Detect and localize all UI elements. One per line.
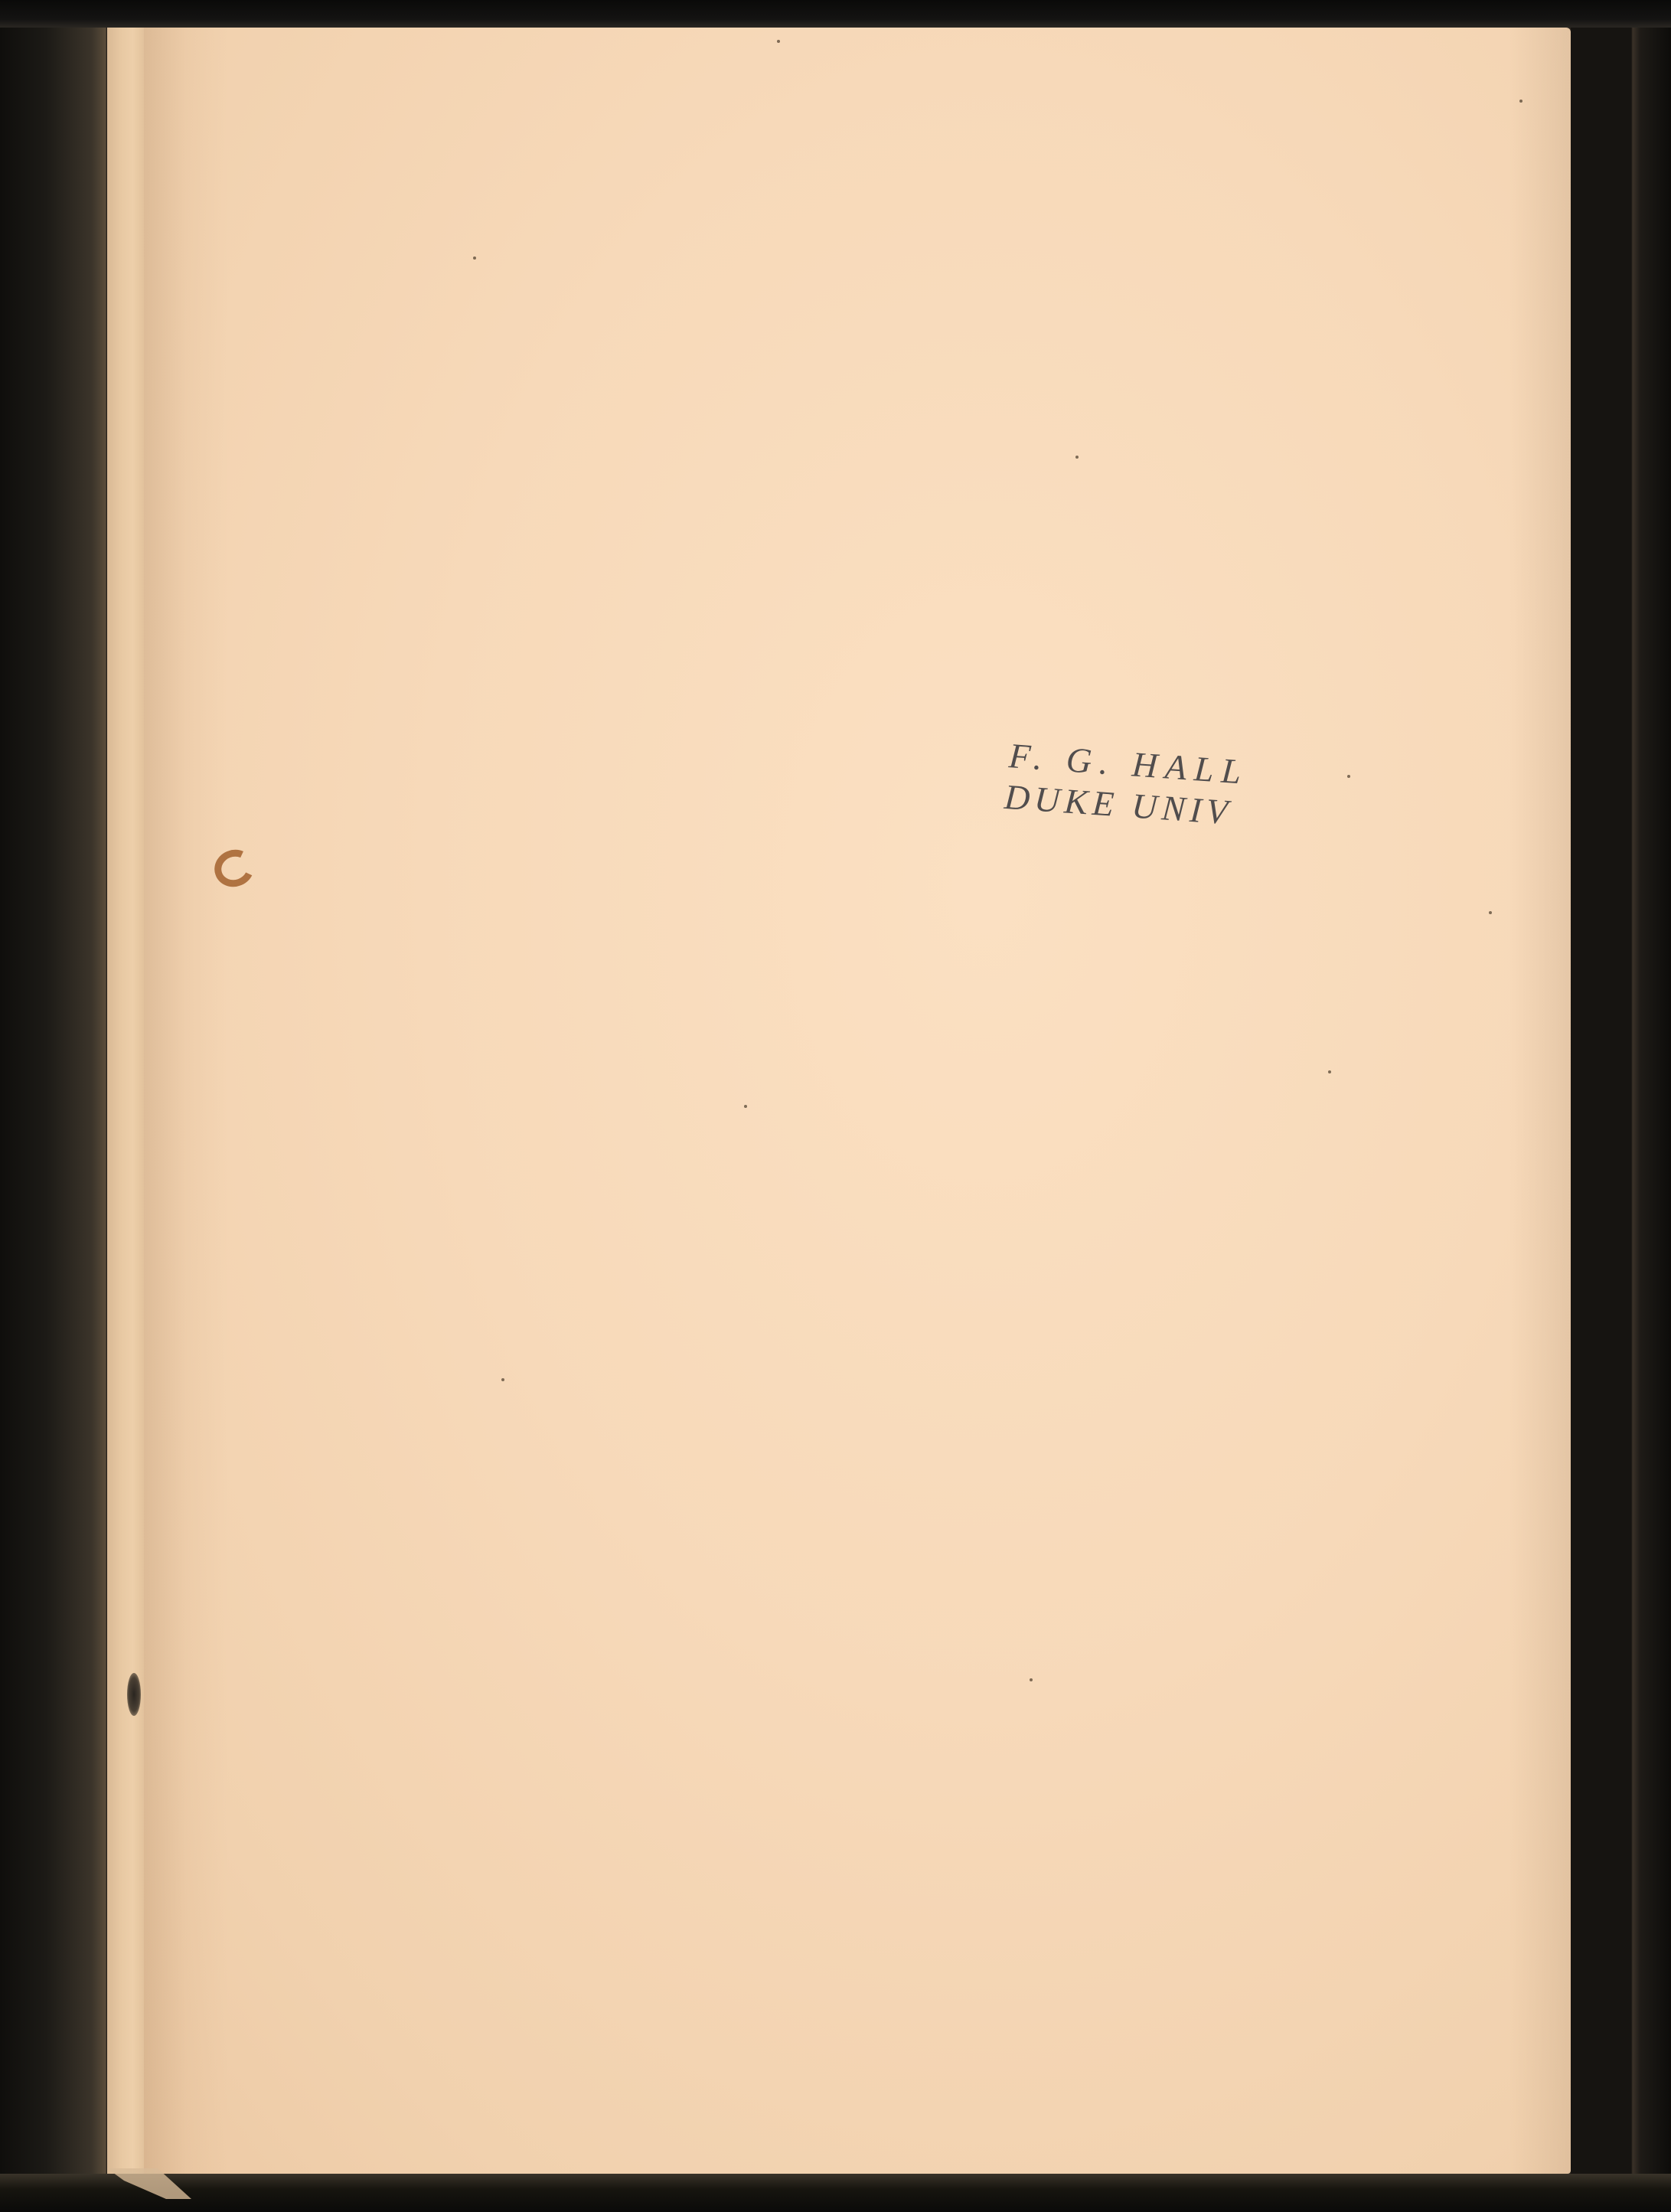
book-cover-top-edge (0, 0, 1671, 28)
paper-speck (1075, 456, 1079, 459)
ownership-stamp: F. G. HALL DUKE UNIV (1003, 735, 1250, 835)
paper-speck (1489, 911, 1492, 914)
spine-hole (127, 1673, 141, 1716)
paper-speck (473, 256, 476, 260)
book-cover-bottom-edge (0, 2174, 1671, 2212)
endpaper-page (107, 28, 1571, 2174)
paper-speck (1030, 1678, 1033, 1681)
paper-speck (744, 1105, 747, 1108)
spine-hinge (107, 28, 144, 2174)
paper-speck (777, 40, 780, 43)
paper-speck (1328, 1070, 1331, 1073)
paper-speck (1519, 100, 1523, 103)
page-edge-shadow (1509, 28, 1571, 2174)
paper-speck (1347, 775, 1350, 778)
gutter-shadow (144, 28, 228, 2174)
paper-speck (501, 1378, 504, 1381)
